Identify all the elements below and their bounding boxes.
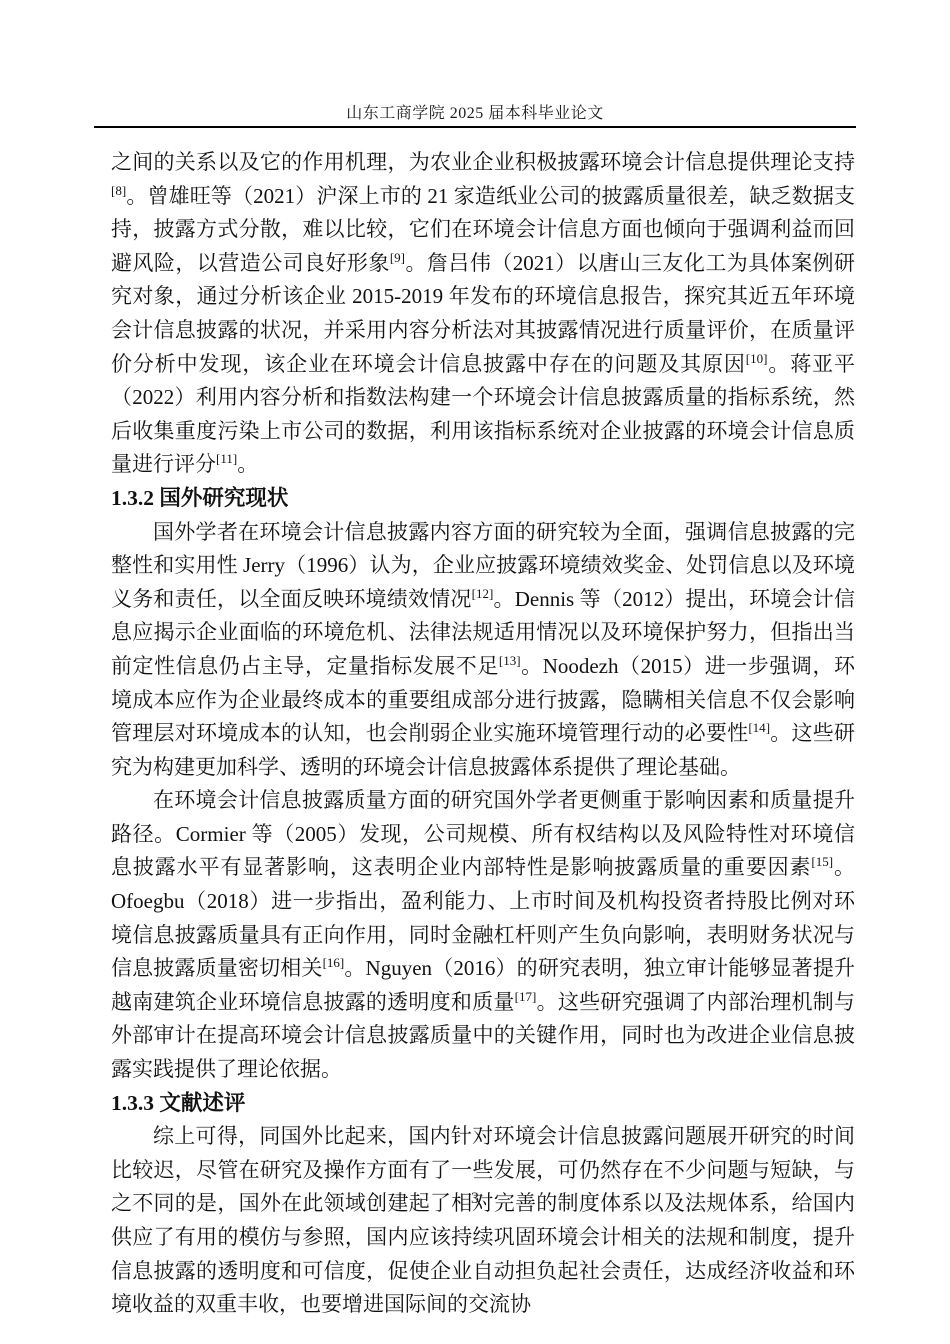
citation-ref: [10]: [746, 351, 768, 366]
citation-ref: [12]: [472, 586, 494, 601]
citation-ref: [8]: [111, 183, 126, 198]
citation-ref: [14]: [748, 720, 770, 735]
citation-ref: [9]: [390, 250, 405, 265]
running-header: 山东工商学院 2025 届本科毕业论文: [0, 100, 950, 123]
citation-ref: [16]: [323, 955, 345, 970]
section-heading: 1.3.3 文献述评: [111, 1087, 855, 1121]
citation-ref: [11]: [216, 451, 237, 466]
citation-ref: [15]: [811, 854, 833, 869]
paragraph: 国外学者在环境会计信息披露内容方面的研究较为全面，强调信息披露的完整性和实用性 …: [111, 516, 855, 785]
paragraph: 综上可得，同国外比起来，国内针对环境会计信息披露问题展开研究的时间比较迟，尽管在…: [111, 1120, 855, 1322]
document-page: 山东工商学院 2025 届本科毕业论文 之间的关系以及它的作用机理，为农业企业积…: [0, 0, 950, 1344]
section-heading: 1.3.2 国外研究现状: [111, 482, 855, 516]
citation-ref: [17]: [515, 989, 537, 1004]
page-number: 3: [0, 1190, 950, 1208]
header-rule: [94, 126, 856, 128]
paragraph: 在环境会计信息披露质量方面的研究国外学者更侧重于影响因素和质量提升路径。Corm…: [111, 784, 855, 1086]
citation-ref: [13]: [499, 653, 521, 668]
document-body: 之间的关系以及它的作用机理，为农业企业积极披露环境会计信息提供理论支持[8]。曾…: [111, 146, 855, 1322]
paragraph: 之间的关系以及它的作用机理，为农业企业积极披露环境会计信息提供理论支持[8]。曾…: [111, 146, 855, 482]
